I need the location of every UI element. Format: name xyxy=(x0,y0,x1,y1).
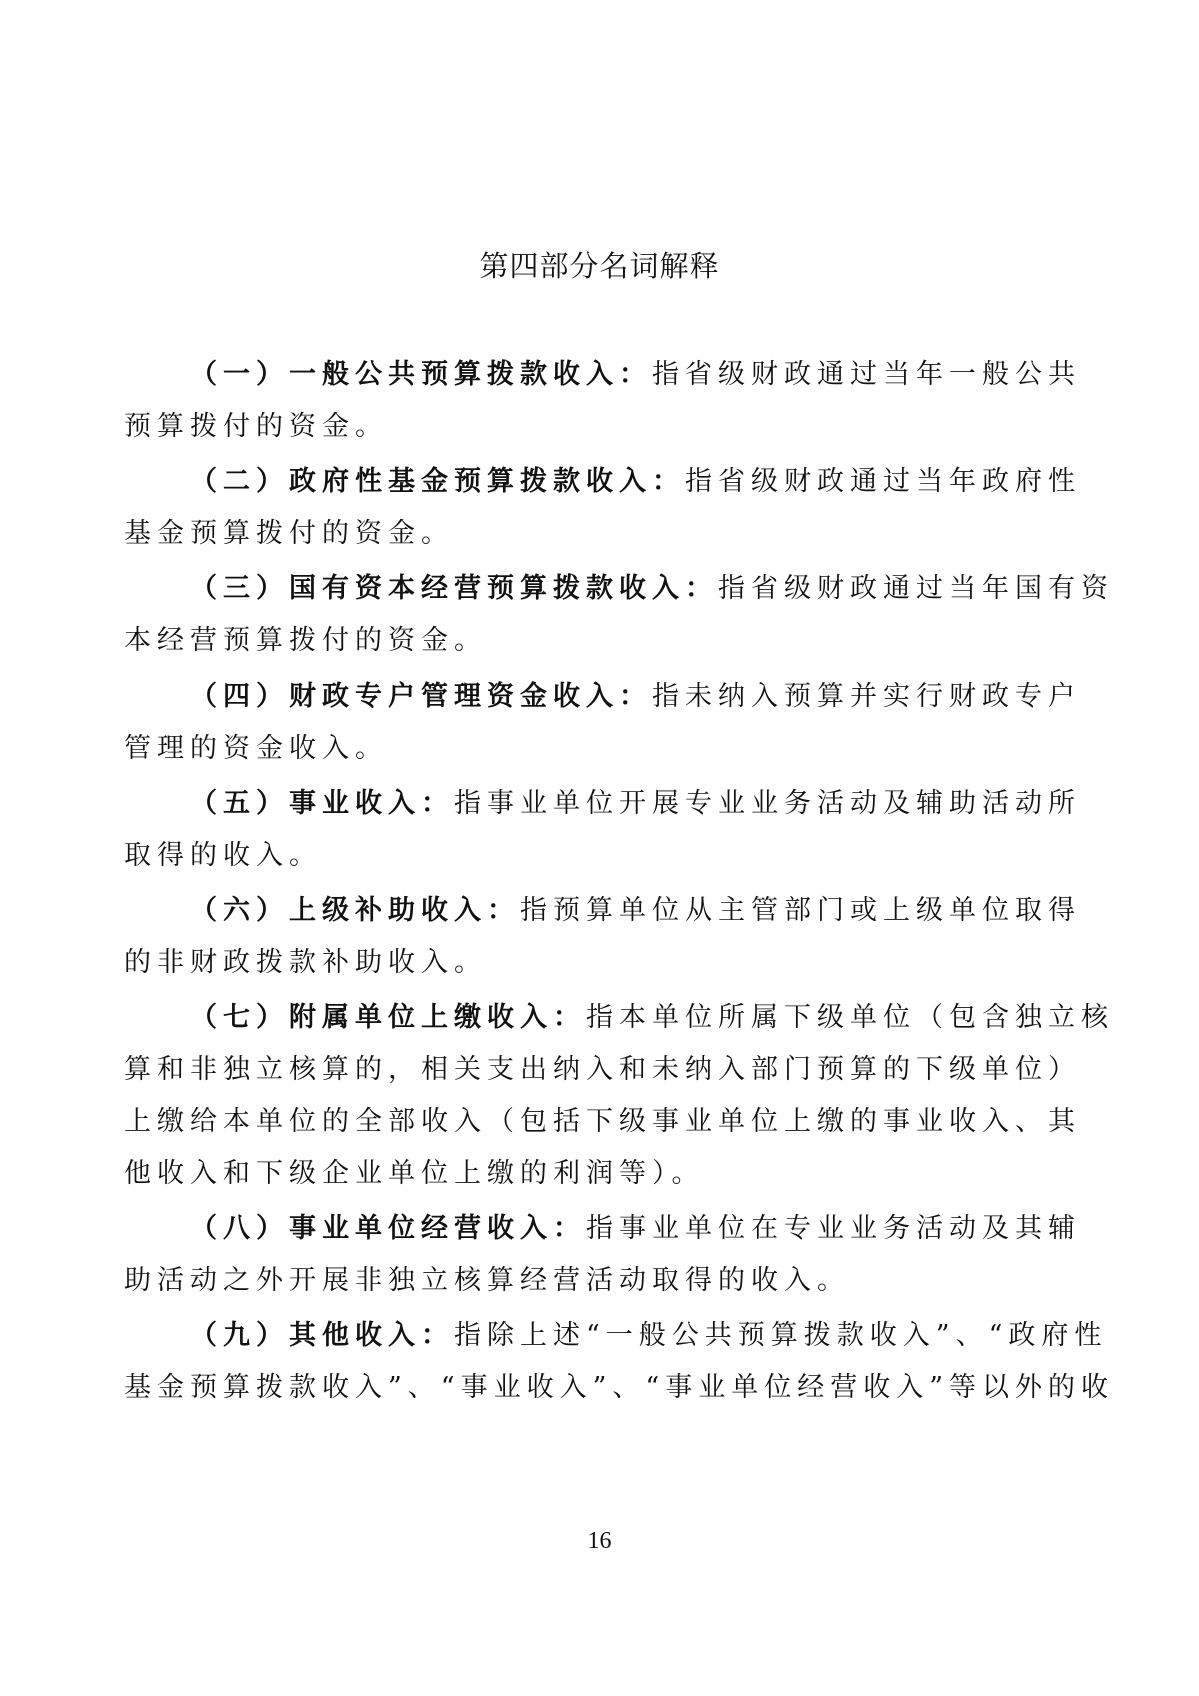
item-8-line-2: 助活动之外开展非独立核算经营活动取得的收入。 xyxy=(124,1258,850,1297)
item-7-line-4: 他收入和下级企业单位上缴的利润等）。 xyxy=(124,1151,705,1190)
item-5-line-2: 取得的收入。 xyxy=(124,833,322,872)
item-7-line-2: 算和非独立核算的，相关支出纳入和未纳入部门预算的下级单位） xyxy=(124,1047,1081,1086)
item-8-line-1: （八）事业单位经营收入：指事业单位在专业业务活动及其辅 xyxy=(190,1206,1081,1245)
item-7-term: （七）附属单位上缴收入： xyxy=(190,1002,586,1033)
item-5-line-1: （五）事业收入：指事业单位开展专业业务活动及辅助活动所 xyxy=(190,781,1081,820)
item-3-term: （三）国有资本经营预算拨款收入： xyxy=(190,573,718,604)
item-9-line-2: 基金预算拨款收入”、“事业收入”、“事业单位经营收入”等以外的收 xyxy=(124,1365,1114,1404)
item-9-term: （九）其他收入： xyxy=(190,1320,454,1351)
item-1-term: （一）一般公共预算拨款收入： xyxy=(190,359,652,390)
item-4-line-2: 管理的资金收入。 xyxy=(124,726,388,765)
item-4-line-1: （四）财政专户管理资金收入：指未纳入预算并实行财政专户 xyxy=(190,674,1081,713)
item-6-line-1: （六）上级补助收入：指预算单位从主管部门或上级单位取得 xyxy=(190,888,1081,927)
item-6-line-2: 的非财政拨款补助收入。 xyxy=(124,940,487,979)
item-7-line-1: （七）附属单位上缴收入：指本单位所属下级单位（包含独立核 xyxy=(190,995,1114,1034)
item-2-line-1: （二）政府性基金预算拨款收入：指省级财政通过当年政府性 xyxy=(190,459,1081,498)
item-3-line-2: 本经营预算拨付的资金。 xyxy=(124,618,487,657)
item-2-term: （二）政府性基金预算拨款收入： xyxy=(190,466,685,497)
item-5-term: （五）事业收入： xyxy=(190,788,454,819)
item-2-line-2: 基金预算拨付的资金。 xyxy=(124,511,454,550)
item-4-term: （四）财政专户管理资金收入： xyxy=(190,681,652,712)
item-7-line-3: 上缴给本单位的全部收入（包括下级事业单位上缴的事业收入、其 xyxy=(124,1099,1081,1138)
item-6-term: （六）上级补助收入： xyxy=(190,895,520,926)
item-1-line-2: 预算拨付的资金。 xyxy=(124,404,388,443)
item-3-line-1: （三）国有资本经营预算拨款收入：指省级财政通过当年国有资 xyxy=(190,566,1114,605)
page-number: 16 xyxy=(0,1528,1199,1555)
item-9-line-1: （九）其他收入：指除上述“一般公共预算拨款收入”、“政府性 xyxy=(190,1313,1107,1352)
page-title: 第四部分名词解释 xyxy=(0,244,1199,285)
item-8-term: （八）事业单位经营收入： xyxy=(190,1213,586,1244)
item-1-line-1: （一）一般公共预算拨款收入：指省级财政通过当年一般公共 xyxy=(190,352,1081,391)
